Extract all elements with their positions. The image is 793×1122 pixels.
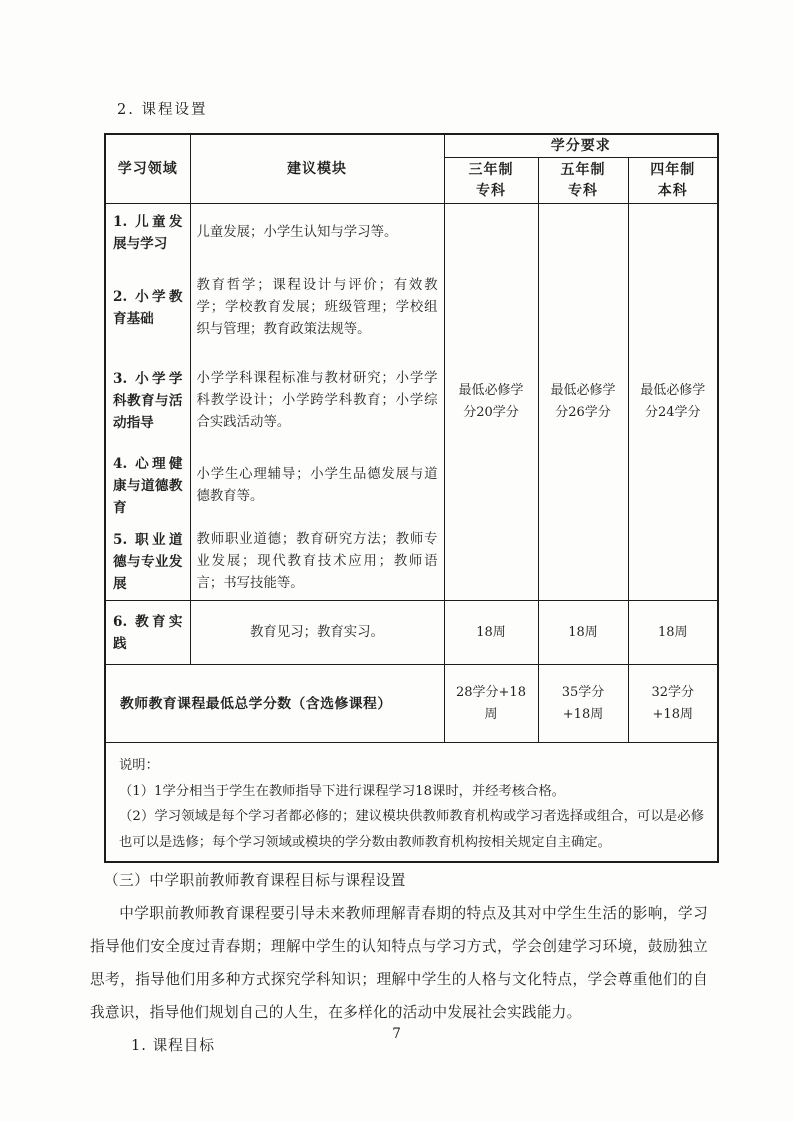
header-three-year: 三年制 专科 bbox=[444, 158, 538, 204]
table-header-row-1: 学习领域 建议模块 学分要求 bbox=[105, 134, 718, 158]
min-credit-four-year: 最低必修学分24学分 bbox=[628, 204, 718, 601]
section-three-heading: （三）中学职前教师教育课程目标与课程设置 bbox=[90, 864, 708, 897]
modules-cell-1: 儿童发展；小学生认知与学习等。 bbox=[190, 204, 444, 262]
document-page: 2. 课程设置 学习领域 建议模块 学分要求 三年制 专科 五年制 专科 四年制… bbox=[0, 0, 793, 1122]
header-three-year-line1: 三年制 bbox=[469, 162, 514, 178]
header-credit-group: 学分要求 bbox=[444, 134, 718, 158]
domain-cell-3: 3. 小学学科教育与活动指导 bbox=[105, 354, 190, 449]
domain-cell-4: 4. 心理健康与道德教育 bbox=[105, 449, 190, 524]
table-row: 1. 儿童发展与学习 儿童发展；小学生认知与学习等。 最低必修学分20学分 最低… bbox=[105, 204, 718, 262]
total-five-year: 35学分+18周 bbox=[538, 665, 628, 743]
section-heading: 2. 课程设置 bbox=[117, 98, 207, 119]
domain-cell-2: 2. 小学教育基础 bbox=[105, 262, 190, 354]
domain-cell-5: 5. 职业道德与专业发展 bbox=[105, 524, 190, 601]
table-row: 6. 教育实践 教育见习；教育实习。 18周 18周 18周 bbox=[105, 601, 718, 665]
notes-item-2: （2）学习领域是每个学习者都必修的；建议模块供教师教育机构或学习者选择或组合，可… bbox=[119, 804, 704, 855]
header-three-year-line2: 专科 bbox=[476, 183, 506, 199]
weeks-three-year: 18周 bbox=[444, 601, 538, 665]
min-credit-five-year: 最低必修学分26学分 bbox=[538, 204, 628, 601]
domain-cell-1: 1. 儿童发展与学习 bbox=[105, 204, 190, 262]
header-four-year-line2: 本科 bbox=[658, 183, 688, 199]
weeks-four-year: 18周 bbox=[628, 601, 718, 665]
header-five-year-line2: 专科 bbox=[568, 183, 598, 199]
weeks-five-year: 18周 bbox=[538, 601, 628, 665]
notes-title: 说明： bbox=[119, 753, 704, 779]
section-three-paragraph: 中学职前教师教育课程要引导未来教师理解青春期的特点及其对中学生生活的影响，学习指… bbox=[90, 897, 708, 1029]
modules-cell-4: 小学生心理辅导；小学生品德发展与道德教育等。 bbox=[190, 449, 444, 524]
modules-cell-2: 教育哲学；课程设计与评价；有效教学；学校教育发展；班级管理；学校组织与管理；教育… bbox=[190, 262, 444, 354]
modules-cell-3: 小学学科课程标准与教材研究；小学学科教学设计；小学跨学科教育；小学综合实践活动等… bbox=[190, 354, 444, 449]
header-four-year-line1: 四年制 bbox=[650, 162, 695, 178]
header-five-year-line1: 五年制 bbox=[561, 162, 606, 178]
page-number: 7 bbox=[0, 1026, 793, 1042]
domain-cell-6: 6. 教育实践 bbox=[105, 601, 190, 665]
notes-cell: 说明： （1）1学分相当于学生在教师指导下进行课程学习18课时，并经考核合格。 … bbox=[105, 743, 718, 863]
header-domain: 学习领域 bbox=[105, 134, 190, 204]
header-four-year: 四年制 本科 bbox=[628, 158, 718, 204]
min-credit-three-year: 最低必修学分20学分 bbox=[444, 204, 538, 601]
header-five-year: 五年制 专科 bbox=[538, 158, 628, 204]
total-label: 教师教育课程最低总学分数（含选修课程） bbox=[105, 665, 444, 743]
modules-cell-6: 教育见习；教育实习。 bbox=[190, 601, 444, 665]
curriculum-table: 学习领域 建议模块 学分要求 三年制 专科 五年制 专科 四年制 本科 1. 儿… bbox=[104, 133, 719, 863]
table-notes-row: 说明： （1）1学分相当于学生在教师指导下进行课程学习18课时，并经考核合格。 … bbox=[105, 743, 718, 863]
total-four-year: 32学分+18周 bbox=[628, 665, 718, 743]
modules-cell-5: 教师职业道德；教育研究方法；教师专业发展；现代教育技术应用；教师语言；书写技能等… bbox=[190, 524, 444, 601]
header-modules: 建议模块 bbox=[190, 134, 444, 204]
total-three-year: 28学分+18周 bbox=[444, 665, 538, 743]
notes-item-1: （1）1学分相当于学生在教师指导下进行课程学习18课时，并经考核合格。 bbox=[119, 779, 704, 805]
table-total-row: 教师教育课程最低总学分数（含选修课程） 28学分+18周 35学分+18周 32… bbox=[105, 665, 718, 743]
